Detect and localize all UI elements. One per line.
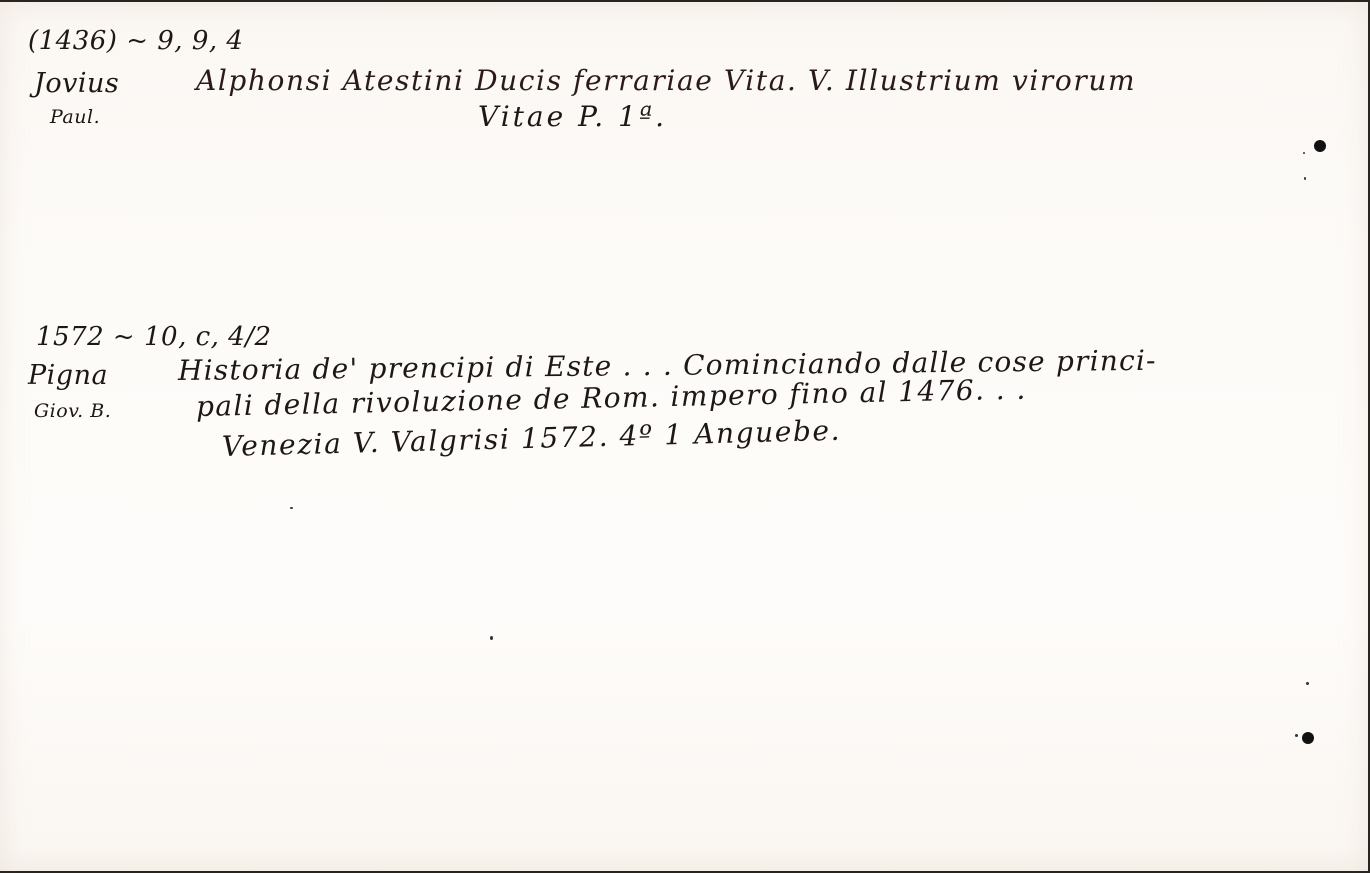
ink-blot-bottom bbox=[1302, 732, 1314, 744]
ink-speck bbox=[1295, 734, 1298, 737]
ink-speck bbox=[1304, 177, 1306, 180]
catalogue-card: (1436) ~ 9, 9, 4 Jovius Paul. Alphonsi A… bbox=[0, 2, 1368, 871]
entry-pigna: 1572 ~ 10, c, 4/2 Pigna Giov. B. Histori… bbox=[0, 2, 1368, 871]
title-line-3: Venezia V. Valgrisi 1572. 4º 1 Anguebe. bbox=[222, 414, 842, 463]
author-given-name: Giov. B. bbox=[34, 400, 111, 422]
call-number: 1572 ~ 10, c, 4/2 bbox=[36, 322, 272, 352]
ink-blot-top bbox=[1314, 140, 1326, 152]
ink-speck bbox=[1303, 152, 1305, 154]
ink-speck bbox=[490, 636, 493, 640]
ink-speck bbox=[1306, 682, 1309, 685]
ink-speck bbox=[290, 507, 293, 509]
author-surname: Pigna bbox=[28, 360, 108, 391]
